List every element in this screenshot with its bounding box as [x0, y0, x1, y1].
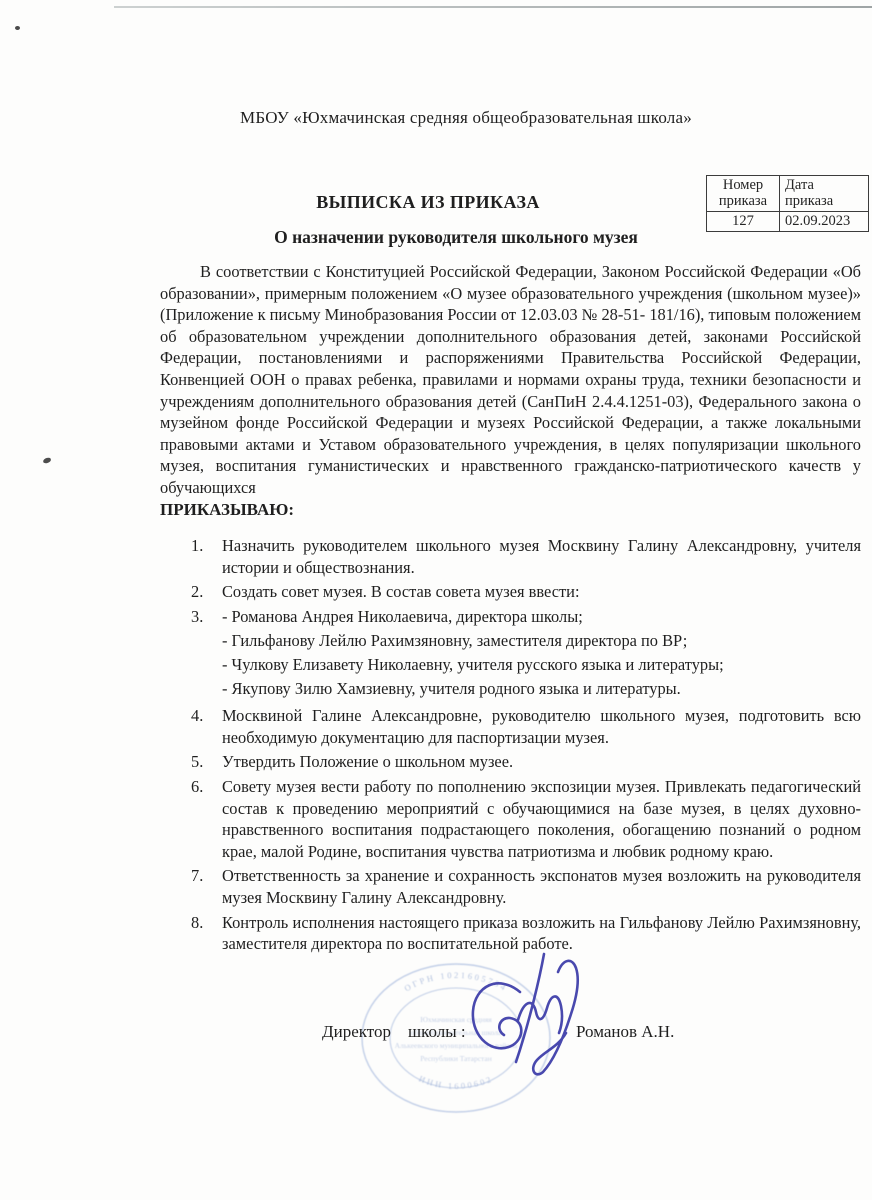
list-item: 1. Назначить руководителем школьного муз… [191, 535, 861, 578]
item-text: Утвердить Положение о школьном музее. [222, 751, 861, 773]
list-item: 4. Москвиной Галине Александровне, руков… [191, 705, 861, 748]
signer-name: Романов А.Н. [576, 1022, 674, 1042]
order-items-list: 1. Назначить руководителем школьного муз… [160, 535, 861, 955]
council-member-line: - Гильфанову Лейлю Рахимзяновну, замести… [222, 630, 861, 652]
list-item: 7. Ответственность за хранение и сохранн… [191, 865, 861, 908]
list-item: 2. Создать совет музея. В состав совета … [191, 581, 861, 603]
document-body: В соответствии с Конституцией Российской… [160, 261, 861, 958]
item-number: 5. [191, 751, 222, 773]
item-text: Москвиной Галине Александровне, руководи… [222, 705, 861, 748]
item-number: 1. [191, 535, 222, 578]
item-number: 7. [191, 865, 222, 908]
item-number: 4. [191, 705, 222, 748]
scan-speck [43, 457, 52, 464]
scanned-order-document: МБОУ «Юхмачинская средняя общеобразовате… [0, 0, 872, 1200]
scan-speck [15, 26, 20, 30]
council-member-line: - Якупову Зилю Хамзиевну, учителя родног… [222, 678, 861, 700]
list-item: 5. Утвердить Положение о школьном музее. [191, 751, 861, 773]
item-text: - Романова Андрея Николаевича, директора… [222, 606, 861, 702]
scan-edge-artifact [114, 6, 872, 8]
signature-label: Директор школы : [322, 1022, 466, 1042]
item-number: 8. [191, 912, 222, 955]
document-title: ВЫПИСКА ИЗ ПРИКАЗА [0, 192, 864, 213]
item-number: 6. [191, 776, 222, 862]
decree-word: ПРИКАЗЫВАЮ: [160, 499, 861, 521]
item-number: 3. [191, 606, 222, 702]
council-member-line: - Романова Андрея Николаевича, директора… [222, 606, 861, 628]
item-text: Создать совет музея. В состав совета муз… [222, 581, 861, 603]
director-signature-ink [458, 948, 603, 1088]
item-number: 2. [191, 581, 222, 603]
list-item: 3. - Романова Андрея Николаевича, директ… [191, 606, 861, 702]
document-subtitle: О назначении руководителя школьного музе… [20, 227, 872, 248]
organization-name: МБОУ «Юхмачинская средняя общеобразовате… [30, 108, 872, 128]
item-text: Назначить руководителем школьного музея … [222, 535, 861, 578]
list-item: 6. Совету музея вести работу по пополнен… [191, 776, 861, 862]
preamble-paragraph: В соответствии с Конституцией Российской… [160, 261, 861, 499]
council-member-line: - Чулкову Елизавету Николаевну, учителя … [222, 654, 861, 676]
item-text: Ответственность за хранение и сохранност… [222, 865, 861, 908]
item-text: Совету музея вести работу по пополнению … [222, 776, 861, 862]
